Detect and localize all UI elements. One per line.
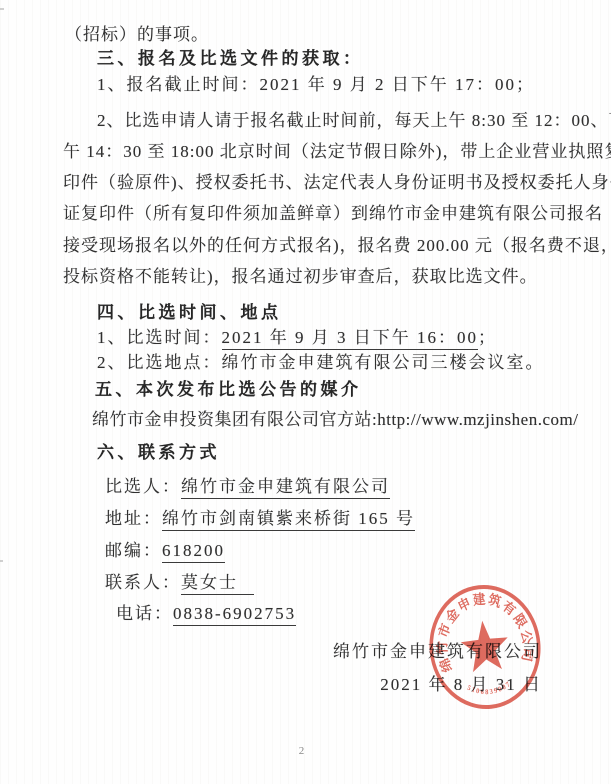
contact-value: 618200 (162, 541, 225, 563)
paragraph-line: 投标资格不能转让)，报名通过初步审查后，获取比选文件。 (63, 267, 538, 287)
contact-value: 绵竹市金申建筑有限公司 (181, 477, 390, 499)
section5-heading: 五、本次发布比选公告的媒介 (95, 380, 362, 400)
section4-item1-label: 1、比选时间： (97, 328, 222, 347)
paragraph-line: 2、比选申请人请于报名截止时间前，每天上午 8:30 至 12：00、下 (97, 111, 611, 131)
selection-time-underlined: 2021 年 9 月 3 日下午 16：00 (222, 328, 479, 350)
contact-label: 地址： (105, 509, 162, 528)
section4-heading: 四、比选时间、地点 (97, 303, 282, 323)
section3-item1: 1、报名截止时间：2021 年 9 月 2 日下午 17：00； (97, 75, 535, 95)
section5-media-line: 绵竹市金申投资集团有限公司官方站:http://www.mzjinshen.co… (92, 410, 578, 430)
contact-value: 0838-6902753 (173, 604, 296, 626)
contact-row: 电话：0838-6902753 (116, 604, 296, 624)
section6-heading: 六、联系方式 (97, 443, 220, 463)
document-page: （招标）的事项。 三、报名及比选文件的获取： 1、报名截止时间：2021 年 9… (0, 0, 611, 784)
paragraph-line: 接受现场报名以外的任何方式报名)，报名费 200.00 元（报名费不退， (63, 236, 611, 256)
section3-heading: 三、报名及比选文件的获取： (97, 49, 364, 69)
page-number: 2 (0, 745, 603, 757)
section4-item2: 2、比选地点：绵竹市金申建筑有限公司三楼会议室。 (97, 353, 545, 373)
contact-label: 邮编： (105, 541, 162, 560)
contact-row: 邮编：618200 (105, 541, 225, 561)
intro-line: （招标）的事项。 (65, 25, 209, 45)
contact-value: 绵竹市剑南镇紫来桥街 165 号 (162, 509, 415, 531)
scan-artifact (0, 560, 3, 562)
paragraph-line: 证复印件（所有复印件须加盖鲜章）到绵竹市金申建筑有限公司报名（不 (63, 204, 611, 224)
star-icon (459, 618, 511, 673)
official-seal: 绵竹市金申建筑有限公司 5106839007 (419, 575, 550, 719)
contact-row: 联系人：莫女士 (105, 573, 254, 593)
seal-serial-arc-text: 5106839007 (465, 680, 513, 699)
contact-label: 电话： (116, 604, 173, 623)
scan-artifact (0, 8, 4, 10)
contact-label: 联系人： (105, 573, 181, 592)
section4-item1: 1、比选时间：2021 年 9 月 3 日下午 16：00； (97, 328, 497, 348)
contact-row: 地址：绵竹市剑南镇紫来桥街 165 号 (105, 509, 415, 529)
section4-item1-tail: ； (478, 328, 497, 347)
contact-label: 比选人： (105, 477, 181, 496)
paragraph-line: 午 14：30 至 18:00 北京时间（法定节假日除外)，带上企业营业执照复 (63, 142, 611, 162)
paragraph-line: 印件（验原件)、授权委托书、法定代表人身份证明书及授权委托人身份 (63, 173, 611, 193)
contact-row: 比选人：绵竹市金申建筑有限公司 (105, 477, 390, 497)
contact-value: 莫女士 (181, 573, 254, 595)
